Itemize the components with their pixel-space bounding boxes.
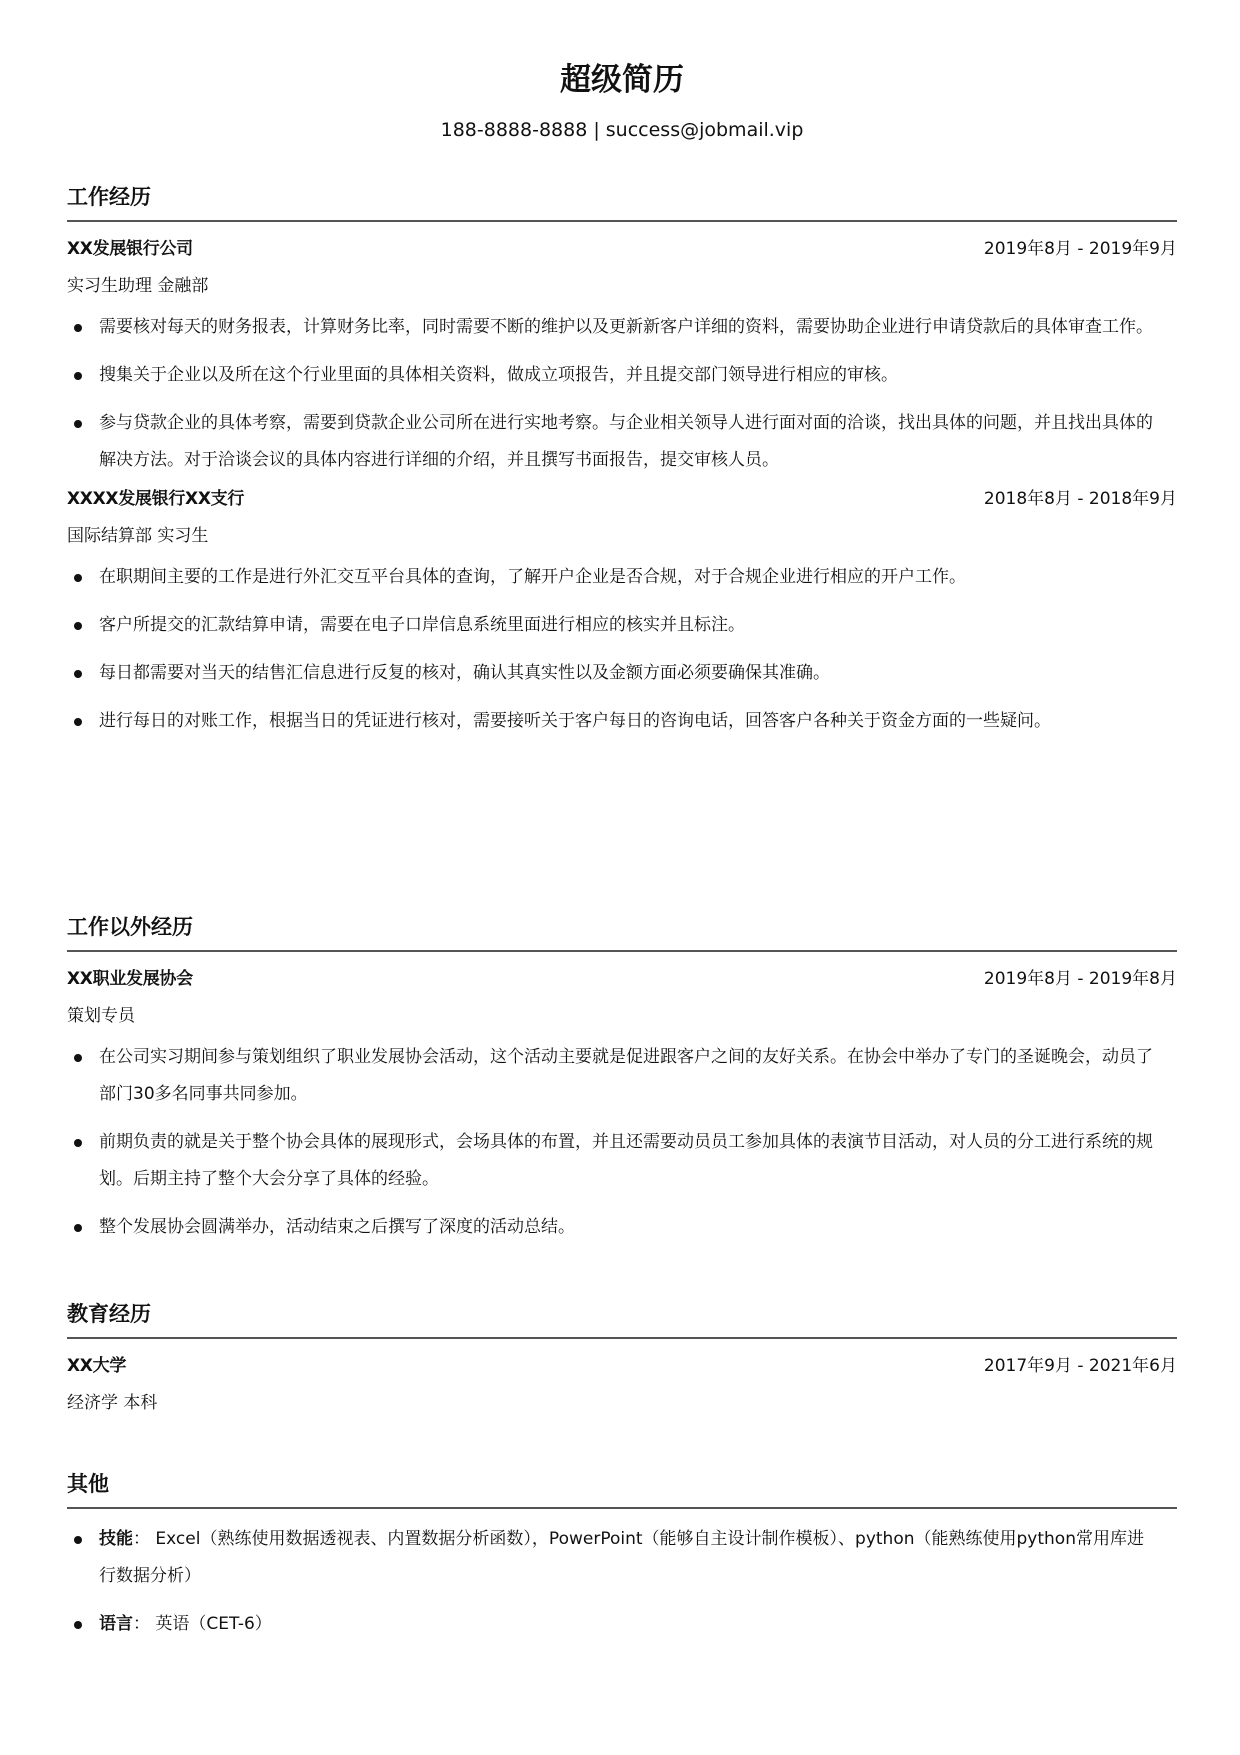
- skills-text: Excel（熟练使用数据透视表、内置数据分析函数），PowerPoint（能够自…: [99, 1529, 1144, 1586]
- contact-info: 188-8888-8888 | success@jobmail.vip: [67, 117, 1177, 143]
- section-other: 其他 技能： Excel（熟练使用数据透视表、内置数据分析函数），PowerPo…: [67, 1469, 1177, 1654]
- entry-date-range: 2017年9月 - 2021年6月: [984, 1353, 1177, 1379]
- entry-organization: XX发展银行公司: [67, 236, 193, 262]
- entry-header: XX职业发展协会 2019年8月 - 2019年8月: [67, 966, 1177, 992]
- entry-role: 国际结算部 实习生: [67, 523, 1177, 549]
- entry-header: XXXX发展银行XX支行 2018年8月 - 2018年9月: [67, 486, 1177, 512]
- list-item: 客户所提交的汇款结算申请，需要在电子口岸信息系统里面进行相应的核实并且标注。: [67, 607, 1177, 644]
- list-item: 在公司实习期间参与策划组织了职业发展协会活动，这个活动主要就是促进跟客户之间的友…: [67, 1039, 1177, 1113]
- bullet-list: 在公司实习期间参与策划组织了职业发展协会活动，这个活动主要就是促进跟客户之间的友…: [67, 1039, 1177, 1246]
- entry-organization: XX职业发展协会: [67, 966, 193, 992]
- entry-role: 实习生助理 金融部: [67, 273, 1177, 299]
- list-item: 需要核对每天的财务报表，计算财务比率，同时需要不断的维护以及更新新客户详细的资料…: [67, 309, 1177, 346]
- section-work-experience: 工作经历 XX发展银行公司 2019年8月 - 2019年9月 实习生助理 金融…: [67, 182, 1177, 751]
- bullet-list: 在职期间主要的工作是进行外汇交互平台具体的查询，了解开户企业是否合规，对于合规企…: [67, 559, 1177, 740]
- list-item-skills: 技能： Excel（熟练使用数据透视表、内置数据分析函数），PowerPoint…: [67, 1521, 1177, 1595]
- list-item: 进行每日的对账工作，根据当日的凭证进行核对，需要接听关于客户每日的咨询电话，回答…: [67, 703, 1177, 740]
- languages-text: 英语（CET-6）: [155, 1614, 271, 1634]
- section-title: 工作经历: [67, 182, 1177, 222]
- entry-date-range: 2018年8月 - 2018年9月: [984, 486, 1177, 512]
- list-item: 整个发展协会圆满举办，活动结束之后撰写了深度的活动总结。: [67, 1209, 1177, 1246]
- list-item: 前期负责的就是关于整个协会具体的展现形式，会场具体的布置，并且还需要动员员工参加…: [67, 1124, 1177, 1198]
- bullet-list: 技能： Excel（熟练使用数据透视表、内置数据分析函数），PowerPoint…: [67, 1521, 1177, 1643]
- section-title: 工作以外经历: [67, 912, 1177, 952]
- entry-header: XX大学 2017年9月 - 2021年6月: [67, 1353, 1177, 1379]
- section-extracurricular: 工作以外经历 XX职业发展协会 2019年8月 - 2019年8月 策划专员 在…: [67, 912, 1177, 1257]
- entry-major-degree: 经济学 本科: [67, 1390, 1177, 1416]
- list-item: 参与贷款企业的具体考察，需要到贷款企业公司所在进行实地考察。与企业相关领导人进行…: [67, 405, 1177, 479]
- extra-entry: XX职业发展协会 2019年8月 - 2019年8月 策划专员 在公司实习期间参…: [67, 966, 1177, 1246]
- languages-label: 语言: [99, 1614, 133, 1634]
- work-entry: XXXX发展银行XX支行 2018年8月 - 2018年9月 国际结算部 实习生…: [67, 486, 1177, 740]
- skills-label: 技能: [99, 1529, 133, 1549]
- list-item-languages: 语言： 英语（CET-6）: [67, 1606, 1177, 1643]
- section-education: 教育经历 XX大学 2017年9月 - 2021年6月 经济学 本科: [67, 1299, 1177, 1416]
- entry-school: XX大学: [67, 1353, 126, 1379]
- entry-date-range: 2019年8月 - 2019年9月: [984, 236, 1177, 262]
- work-entry: XX发展银行公司 2019年8月 - 2019年9月 实习生助理 金融部 需要核…: [67, 236, 1177, 479]
- list-item: 搜集关于企业以及所在这个行业里面的具体相关资料，做成立项报告，并且提交部门领导进…: [67, 357, 1177, 394]
- label-separator: ：: [133, 1529, 155, 1549]
- education-entry: XX大学 2017年9月 - 2021年6月 经济学 本科: [67, 1353, 1177, 1416]
- entry-date-range: 2019年8月 - 2019年8月: [984, 966, 1177, 992]
- list-item: 在职期间主要的工作是进行外汇交互平台具体的查询，了解开户企业是否合规，对于合规企…: [67, 559, 1177, 596]
- section-title: 其他: [67, 1469, 1177, 1509]
- entry-organization: XXXX发展银行XX支行: [67, 486, 244, 512]
- label-separator: ：: [133, 1614, 155, 1634]
- entry-role: 策划专员: [67, 1003, 1177, 1029]
- section-title: 教育经历: [67, 1299, 1177, 1339]
- resume-title: 超级简历: [67, 60, 1177, 100]
- entry-header: XX发展银行公司 2019年8月 - 2019年9月: [67, 236, 1177, 262]
- list-item: 每日都需要对当天的结售汇信息进行反复的核对，确认其真实性以及金额方面必须要确保其…: [67, 655, 1177, 692]
- bullet-list: 需要核对每天的财务报表，计算财务比率，同时需要不断的维护以及更新新客户详细的资料…: [67, 309, 1177, 479]
